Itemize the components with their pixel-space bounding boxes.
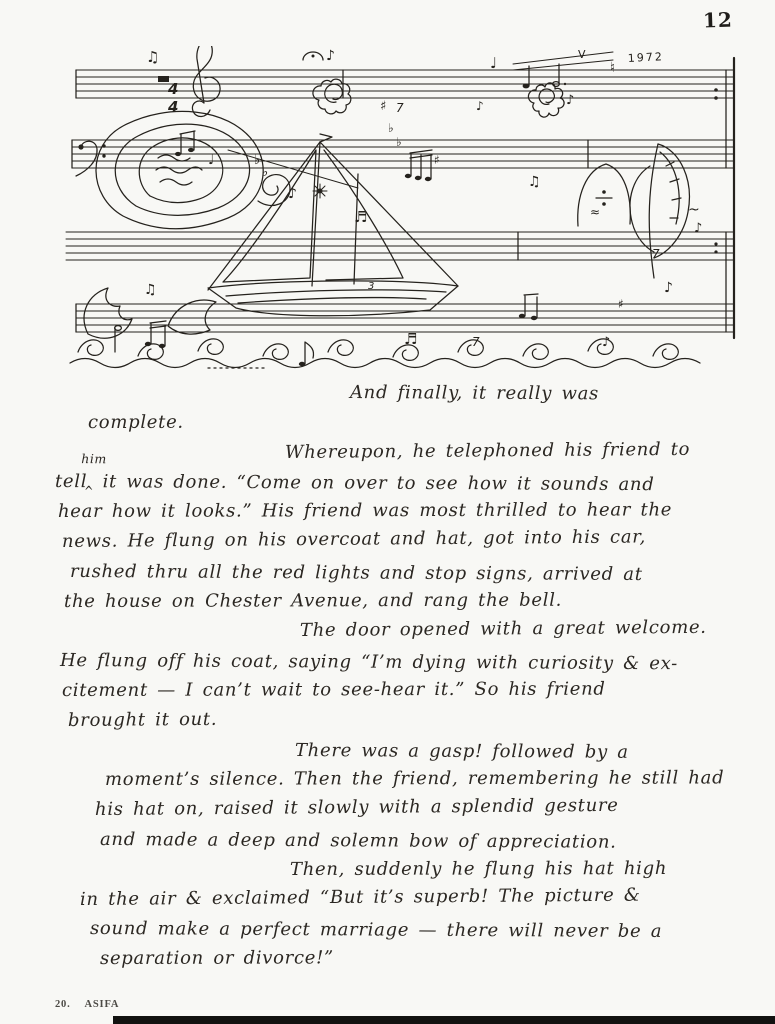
- scan-edge-bar: [113, 1016, 775, 1024]
- music-glyph: ♪: [664, 280, 673, 296]
- svg-text:4: 4: [167, 80, 178, 98]
- music-glyph: ♫: [146, 48, 159, 66]
- music-glyph: 7: [472, 335, 480, 349]
- footer: 20.ASIFA: [55, 999, 119, 1010]
- music-glyph: ♫: [144, 282, 157, 298]
- music-glyph: ♪: [602, 335, 610, 350]
- music-glyphs: ♫♪♩V♮♪♯♪7♭♭♩♭♭♯♫♪≈~♬♪7♫♪♯♬♪7: [144, 48, 702, 350]
- music-glyph: ♬: [354, 208, 367, 226]
- paisley-ornament: [96, 111, 290, 228]
- music-glyph: ♪: [326, 48, 335, 64]
- page-number: 12: [703, 7, 734, 32]
- manuscript-line: the house on Chester Avenue, and rang th…: [64, 585, 740, 617]
- music-glyph: ♯: [380, 99, 386, 114]
- music-glyph: 7: [396, 101, 404, 115]
- division-mark: [596, 190, 612, 206]
- note-group: [519, 294, 538, 320]
- music-glyph: ♮: [610, 60, 615, 76]
- year-label: 1972: [627, 50, 664, 65]
- music-glyph: ♭: [262, 165, 268, 180]
- manuscript-line: separation or divorce!”: [100, 942, 740, 973]
- manuscript-line: in the air & exclaimed “But it’s superb!…: [80, 879, 740, 914]
- manuscript-line: Whereupon, he telephoned his friend to: [285, 434, 740, 467]
- note-group: [523, 64, 567, 88]
- music-glyph: 7: [652, 247, 660, 261]
- manuscript-line: And finally, it really was: [350, 378, 740, 410]
- bass-clef-icon: [76, 141, 106, 176]
- music-glyph: ♪: [694, 221, 702, 236]
- inserted-word: him^: [87, 470, 93, 488]
- music-glyph: ♪: [566, 93, 574, 108]
- repeat-dots: [714, 88, 718, 253]
- music-glyph: ♪: [476, 99, 484, 113]
- treble-clef-icon: [192, 46, 220, 117]
- music-glyph: ♭: [396, 135, 402, 149]
- music-glyph: ♬: [404, 330, 417, 348]
- flower-icon: [313, 184, 327, 198]
- music-glyph: ♩: [490, 54, 497, 72]
- manuscript-line: his hat on, raised it slowly with a sple…: [95, 790, 740, 825]
- music-glyph: ♯: [434, 153, 440, 167]
- music-glyph: ♭: [254, 153, 260, 168]
- music-glyph: V: [578, 48, 586, 61]
- manuscript-line: brought it out.: [68, 700, 740, 735]
- manuscript-line: The door opened with a great welcome.: [300, 613, 740, 646]
- music-glyph: ♩: [208, 153, 214, 168]
- manuscript-line: complete.: [88, 406, 740, 438]
- scanned-page: 12: [0, 0, 775, 1024]
- music-glyph: ~: [688, 202, 700, 218]
- footer-title: ASIFA: [85, 999, 120, 1010]
- music-glyph: ♭: [388, 121, 394, 135]
- music-doodle-svg: 4 4 1972: [58, 46, 742, 372]
- music-doodle-illustration: 4 4 1972: [58, 46, 742, 372]
- music-glyph: ♫: [528, 174, 541, 190]
- svg-text:3: 3: [368, 281, 374, 292]
- manuscript-line: news. He flung on his overcoat and hat, …: [62, 522, 740, 557]
- music-glyph: ♯: [618, 297, 624, 311]
- svg-text:4: 4: [167, 98, 178, 116]
- music-glyph: ≈: [590, 205, 600, 219]
- manuscript: And finally, it really wascomplete.Where…: [40, 378, 740, 974]
- music-glyph: ♪: [288, 186, 297, 202]
- time-signature: 4 4: [167, 80, 178, 116]
- footer-number: 20.: [55, 999, 71, 1010]
